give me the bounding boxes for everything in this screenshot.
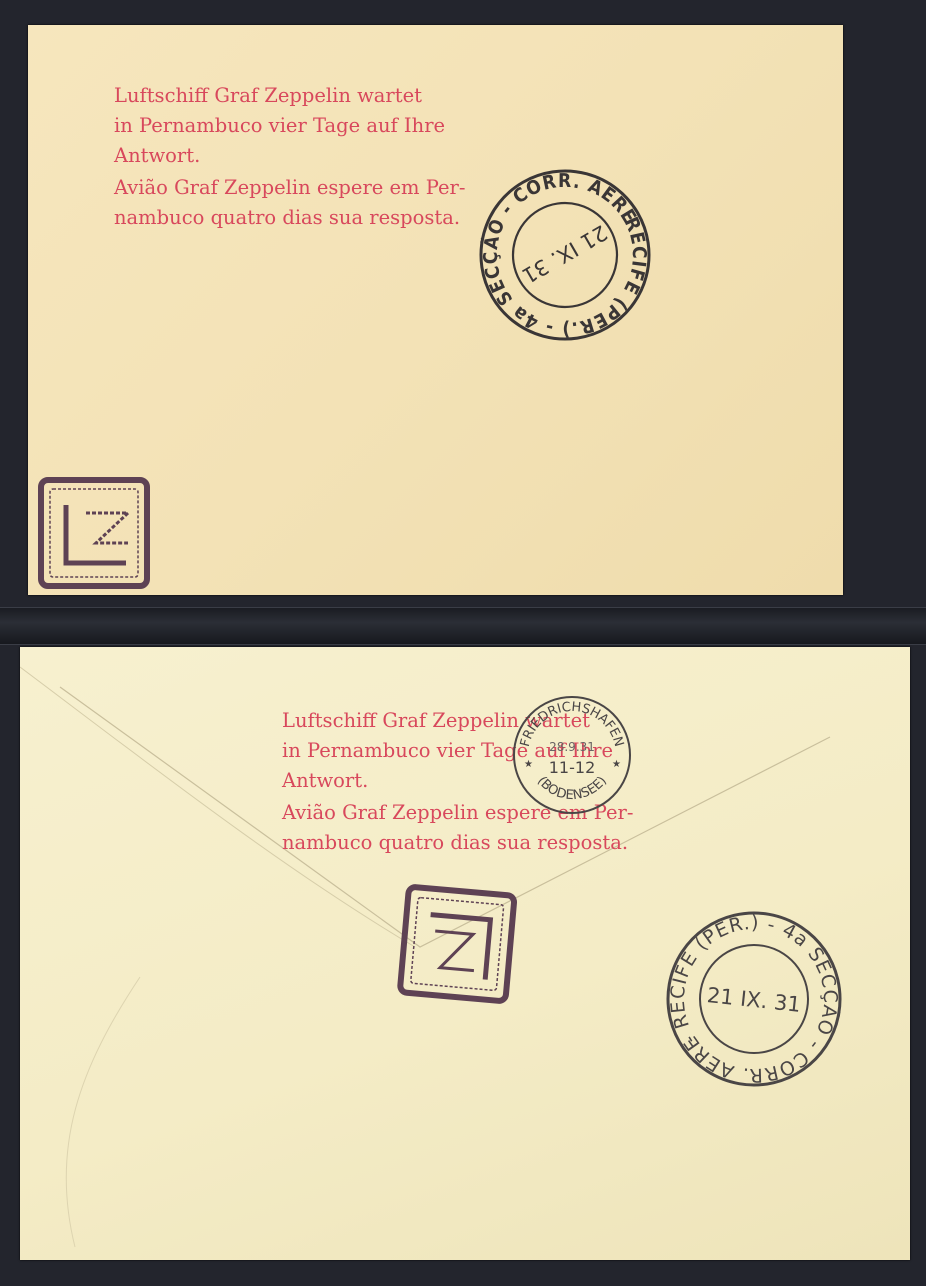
friedrichshafen-postmark: FRIEDRICHSHAFEN (BODENSEE) 28.9.31 11-12… xyxy=(510,693,634,817)
svg-text:★: ★ xyxy=(524,759,533,770)
svg-text:Z: Z xyxy=(94,546,95,548)
message-line: nambuco quatro dias sua resposta. xyxy=(282,828,633,858)
message-line: in Pernambuco vier Tage auf Ihre xyxy=(114,111,465,141)
recife-postmark-envelope: - RECIFE (PER.) - 4a SECÇÃO - CORR. AERE… xyxy=(662,907,846,1091)
message-line: nambuco quatro dias sua resposta. xyxy=(114,203,465,233)
message-line: Luftschiff Graf Zeppelin wartet xyxy=(114,81,465,111)
svg-text:28.9.31: 28.9.31 xyxy=(549,740,595,754)
svg-text:(BODENSEE): (BODENSEE) xyxy=(534,774,610,803)
postcard-reverse: Luftschiff Graf Zeppelin wartet in Perna… xyxy=(28,25,843,595)
envelope-reverse: Luftschiff Graf Zeppelin wartet in Perna… xyxy=(20,647,910,1260)
recife-postmark-card: RECIFE (PER.) - 4a SECÇÃO - CORR. AEREO … xyxy=(475,165,655,345)
message-line: Avião Graf Zeppelin espere em Per- xyxy=(114,173,465,203)
postmark-date: 21 IX. 31 xyxy=(518,220,611,288)
lz-cachet-envelope: Z xyxy=(392,881,522,1011)
album-page-strip xyxy=(0,607,926,645)
svg-text:★: ★ xyxy=(612,759,621,770)
card-cachet-message: Luftschiff Graf Zeppelin wartet in Perna… xyxy=(114,81,465,233)
svg-text:11-12: 11-12 xyxy=(549,758,596,777)
postmark-date: 21 IX. 31 xyxy=(706,983,802,1017)
lz-cachet-card: Z xyxy=(38,477,150,589)
message-line: Antwort. xyxy=(114,141,465,171)
